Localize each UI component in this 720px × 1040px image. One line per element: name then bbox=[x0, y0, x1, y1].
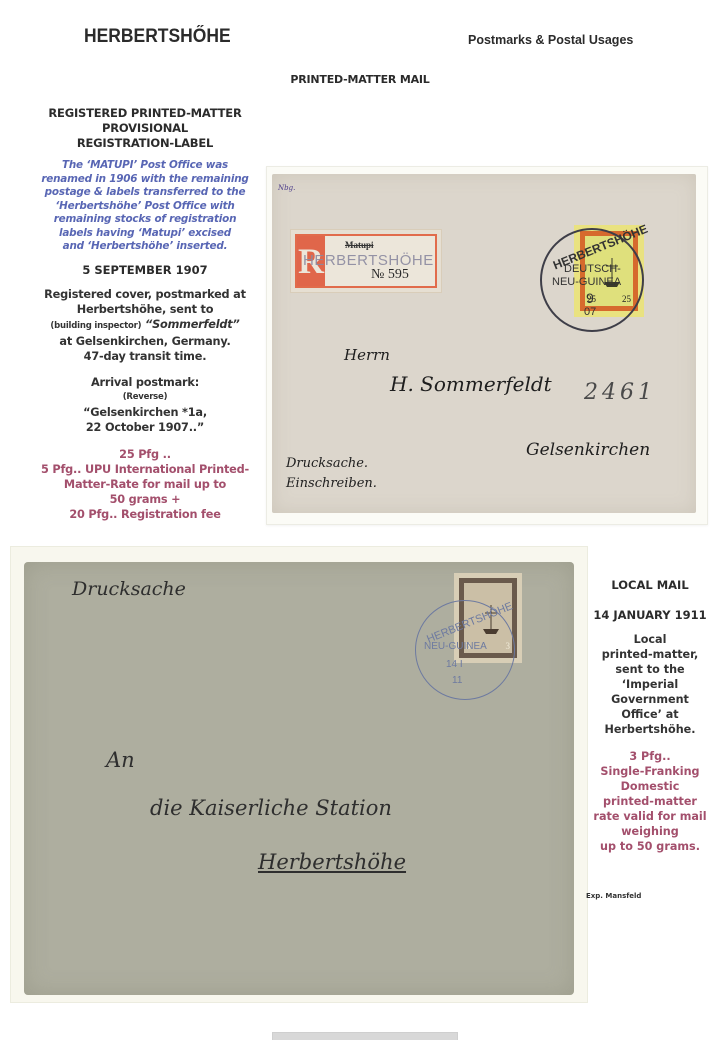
cover2-date: 14 JANUARY 1911 bbox=[580, 608, 720, 622]
section-title: PRINTED-MATTER MAIL bbox=[0, 73, 720, 86]
cancel-herbertshohe-1907: HERBERTSHÖHE DEUTSCH- NEU-GUINEA 9 07 bbox=[540, 228, 644, 332]
cover1-description: Registered cover, postmarked at Herberts… bbox=[30, 287, 260, 364]
cover2-heading: LOCAL MAIL bbox=[580, 578, 720, 592]
registration-number: № 595 bbox=[371, 267, 409, 283]
excised-office-name: Matupi bbox=[345, 240, 374, 250]
cover1-postage-rate: 25 Pfg .. 5 Pfg.. UPU International Prin… bbox=[30, 447, 260, 522]
cover2-postage-rate: 3 Pfg.. Single-Franking Domestic printed… bbox=[580, 749, 720, 854]
next-page-edge bbox=[272, 1032, 458, 1040]
cover1-registered-note: Einschreiben. bbox=[286, 476, 377, 491]
cover1-arrival-postmark: Arrival postmark: (Reverse) “Gelsenkirch… bbox=[30, 375, 260, 435]
cover2-printed-matter-note: Drucksache bbox=[72, 578, 186, 600]
cancel-herbertshohe-1911: HERBERTSHÖHE NEU-GUINEA 14 I 11 bbox=[415, 600, 515, 700]
cover1-pencil-number: 2461 bbox=[584, 380, 656, 405]
cover1-heading: REGISTERED PRINTED-MATTER PROVISIONAL RE… bbox=[30, 106, 260, 151]
cover1-corner-mark: Nbg. bbox=[278, 184, 295, 192]
cover1-addressee: H. Sommerfeldt bbox=[390, 372, 552, 396]
cover2-address-line2: die Kaiserliche Station bbox=[150, 796, 392, 820]
expertizer-note: Exp. Mansfeld bbox=[586, 892, 641, 900]
cover2-address-line3: Herbertshöhe bbox=[258, 850, 406, 874]
cover1-printed-matter-note: Drucksache. bbox=[286, 456, 368, 471]
cover2-description-panel: LOCAL MAIL 14 JANUARY 1911 Local printed… bbox=[580, 578, 720, 854]
cover2-address-line1: An bbox=[106, 748, 135, 772]
cover2-description: Local printed-matter, sent to the ‘Imper… bbox=[580, 632, 720, 737]
inserted-office-name: HERBERTSHÖHE bbox=[303, 252, 434, 269]
cover1-description-panel: REGISTERED PRINTED-MATTER PROVISIONAL RE… bbox=[30, 106, 260, 522]
cover1-date: 5 SEPTEMBER 1907 bbox=[30, 263, 260, 277]
page-subtitle: Postmarks & Postal Usages bbox=[468, 33, 633, 47]
cover1-history-note: The ‘MATUPI’ Post Office was renamed in … bbox=[30, 159, 260, 254]
cover1-salutation: Herrn bbox=[344, 346, 390, 364]
cover1-city: Gelsenkirchen bbox=[526, 440, 650, 460]
registration-label: R Matupi HERBERTSHÖHE № 595 bbox=[290, 229, 442, 293]
page-title: HERBERTSHŐHE bbox=[84, 26, 231, 48]
